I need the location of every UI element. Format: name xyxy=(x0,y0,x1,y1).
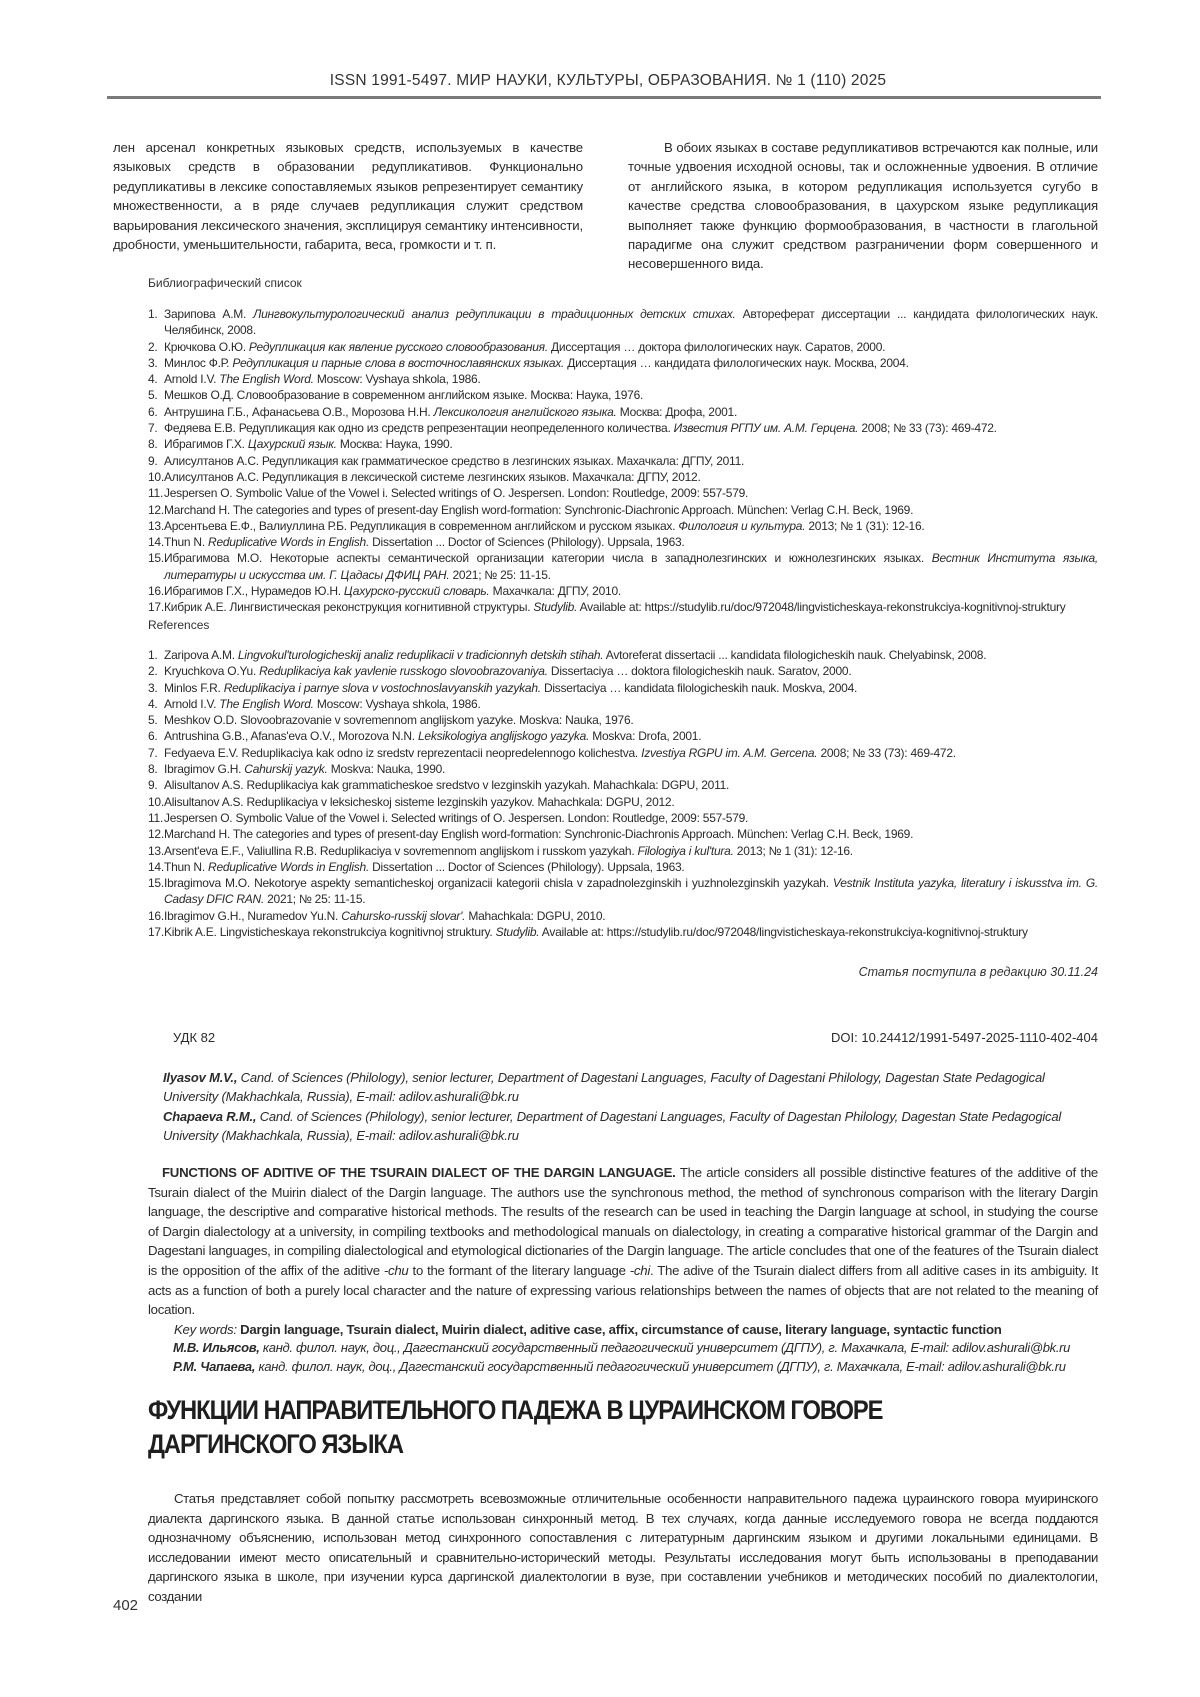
reference-item: 16.Ибрагимов Г.Х., Нурамедов Ю.Н. Цахурс… xyxy=(148,583,1098,599)
reference-item: 1.Зарипова А.М. Лингвокультурологический… xyxy=(148,306,1098,339)
reference-number: 9. xyxy=(148,777,158,793)
reference-item: 15.Ibragimova M.O. Nekotorye aspekty sem… xyxy=(148,875,1098,908)
reference-number: 13. xyxy=(148,843,164,859)
reference-item: 12.Marchand H. The categories and types … xyxy=(148,502,1098,518)
reference-number: 6. xyxy=(148,404,158,420)
reference-item: 9.Алисултанов А.С. Редупликация как грам… xyxy=(148,453,1098,469)
keywords-value: Dargin language, Tsurain dialect, Muirin… xyxy=(237,1322,1002,1337)
reference-number: 1. xyxy=(148,306,158,322)
reference-number: 11. xyxy=(148,810,163,826)
reference-number: 15. xyxy=(148,550,164,566)
reference-item: 8.Ибрагимов Г.Х. Цахурский язык. Москва:… xyxy=(148,436,1098,452)
reference-item: 17.Kibrik A.E. Lingvisticheskaya rekonst… xyxy=(148,924,1098,940)
reference-number: 9. xyxy=(148,453,158,469)
udc-code: УДК 82 xyxy=(173,1030,215,1045)
header-rule xyxy=(107,96,1101,99)
reference-item: 15.Ибрагимова М.О. Некоторые аспекты сем… xyxy=(148,550,1098,583)
reference-number: 6. xyxy=(148,728,158,744)
author-ru-entry: М.В. Ильясов, канд. филол. наук, доц., Д… xyxy=(173,1338,1098,1357)
reference-item: 13.Arsent'eva E.F., Valiullina R.B. Redu… xyxy=(148,843,1098,859)
reference-number: 14. xyxy=(148,859,164,875)
reference-item: 8.Ibragimov G.H. Cahurskij yazyk. Moskva… xyxy=(148,761,1098,777)
author-name: Р.М. Чапаева, xyxy=(173,1359,255,1374)
author-info: Cand. of Sciences (Philology), senior le… xyxy=(163,1070,1045,1104)
author-name: Ilyasov M.V., xyxy=(163,1070,237,1085)
reference-number: 13. xyxy=(148,518,164,534)
received-date: Статья поступила в редакцию 30.11.24 xyxy=(859,965,1098,979)
reference-item: 3.Минлос Ф.Р. Редупликация и парные слов… xyxy=(148,355,1098,371)
reference-item: 10.Alisultanov A.S. Reduplikaciya v leks… xyxy=(148,794,1098,810)
reference-number: 2. xyxy=(148,663,158,679)
reference-number: 10. xyxy=(148,794,164,810)
reference-number: 14. xyxy=(148,534,164,550)
references-heading: References xyxy=(148,618,209,632)
reference-number: 16. xyxy=(148,583,164,599)
author-info: канд. филол. наук, доц., Дагестанский го… xyxy=(260,1340,1071,1355)
reference-number: 3. xyxy=(148,355,158,371)
reference-item: 10.Алисултанов А.С. Редупликация в лекси… xyxy=(148,469,1098,485)
author-en-entry: Chapaeva R.M., Cand. of Sciences (Philol… xyxy=(163,1107,1098,1146)
reference-item: 7.Fedyaeva E.V. Reduplikaciya kak odno i… xyxy=(148,745,1098,761)
reference-item: 4.Arnold I.V. The English Word. Moscow: … xyxy=(148,371,1098,387)
left-column: лен арсенал конкретных языковых средств,… xyxy=(113,138,583,274)
abstract-en-text: FUNCTIONS OF ADITIVE OF THE TSURAIN DIAL… xyxy=(148,1163,1098,1320)
author-name: М.В. Ильясов, xyxy=(173,1340,260,1355)
reference-item: 13.Арсентьева Е.Ф., Валиуллина Р.Б. Реду… xyxy=(148,518,1098,534)
reference-number: 15. xyxy=(148,875,164,891)
author-name: Chapaeva R.M., xyxy=(163,1109,256,1124)
references-list: 1.Zaripova A.M. Lingvokul'turologicheski… xyxy=(148,647,1098,940)
reference-number: 8. xyxy=(148,436,158,452)
reference-item: 11.Jespersen O. Symbolic Value of the Vo… xyxy=(148,810,1098,826)
reference-item: 14.Thun N. Reduplicative Words in Englis… xyxy=(148,859,1098,875)
author-ru-entry: Р.М. Чапаева, канд. филол. наук, доц., Д… xyxy=(173,1357,1098,1376)
reference-item: 2.Kryuchkova O.Yu. Reduplikaciya kak yav… xyxy=(148,663,1098,679)
reference-number: 17. xyxy=(148,599,164,615)
abstract-en: FUNCTIONS OF ADITIVE OF THE TSURAIN DIAL… xyxy=(148,1163,1098,1339)
left-column-text: лен арсенал конкретных языковых средств,… xyxy=(113,138,583,254)
reference-item: 2.Крючкова О.Ю. Редупликация как явление… xyxy=(148,339,1098,355)
author-en-entry: Ilyasov M.V., Cand. of Sciences (Philolo… xyxy=(163,1068,1098,1107)
reference-item: 4.Arnold I.V. The English Word. Moscow: … xyxy=(148,696,1098,712)
authors-ru: М.В. Ильясов, канд. филол. наук, доц., Д… xyxy=(173,1338,1098,1376)
article-title: ФУНКЦИИ НАПРАВИТЕЛЬНОГО ПАДЕЖА В ЦУРАИНС… xyxy=(148,1393,940,1461)
reference-number: 12. xyxy=(148,502,164,518)
author-info: канд. филол. наук, доц., Дагестанский го… xyxy=(255,1359,1066,1374)
reference-number: 5. xyxy=(148,712,158,728)
reference-item: 7.Федяева Е.В. Редупликация как одно из … xyxy=(148,420,1098,436)
reference-item: 16.Ibragimov G.H., Nuramedov Yu.N. Cahur… xyxy=(148,908,1098,924)
abstract-ru-text: Статья представляет собой попытку рассмо… xyxy=(148,1489,1098,1607)
reference-item: 17.Кибрик А.Е. Лингвистическая реконстру… xyxy=(148,599,1098,615)
two-column-body: лен арсенал конкретных языковых средств,… xyxy=(113,138,1098,274)
reference-number: 12. xyxy=(148,826,164,842)
reference-item: 5.Мешков О.Д. Словообразование в совреме… xyxy=(148,387,1098,403)
reference-item: 5.Meshkov O.D. Slovoobrazovanie v sovrem… xyxy=(148,712,1098,728)
reference-number: 5. xyxy=(148,387,158,403)
keywords-label: Key words: xyxy=(174,1322,237,1337)
keywords-en: Key words: Dargin language, Tsurain dial… xyxy=(174,1320,1098,1340)
abstract-en-title: FUNCTIONS OF ADITIVE OF THE TSURAIN DIAL… xyxy=(162,1165,676,1180)
running-header: ISSN 1991-5497. МИР НАУКИ, КУЛЬТУРЫ, ОБР… xyxy=(113,72,1103,90)
reference-item: 12.Marchand H. The categories and types … xyxy=(148,826,1098,842)
bibliography-list: 1.Зарипова А.М. Лингвокультурологический… xyxy=(148,306,1098,616)
reference-item: 1.Zaripova A.M. Lingvokul'turologicheski… xyxy=(148,647,1098,663)
reference-item: 11.Jespersen O. Symbolic Value of the Vo… xyxy=(148,485,1098,501)
author-info: Cand. of Sciences (Philology), senior le… xyxy=(163,1109,1061,1143)
reference-item: 6.Антрушина Г.Б., Афанасьева О.В., Мороз… xyxy=(148,404,1098,420)
reference-number: 16. xyxy=(148,908,164,924)
reference-item: 6.Antrushina G.B., Afanas'eva O.V., Moro… xyxy=(148,728,1098,744)
reference-number: 10. xyxy=(148,469,164,485)
doi: DOI: 10.24412/1991-5497-2025-1110-402-40… xyxy=(831,1030,1098,1045)
reference-number: 1. xyxy=(148,647,158,663)
reference-number: 11. xyxy=(148,485,163,501)
reference-number: 4. xyxy=(148,696,158,712)
page-number: 402 xyxy=(113,1597,138,1614)
reference-number: 17. xyxy=(148,924,164,940)
right-column: В обоих языках в составе редупликативов … xyxy=(628,138,1098,274)
reference-number: 4. xyxy=(148,371,158,387)
abstract-ru: Статья представляет собой попытку рассмо… xyxy=(148,1489,1098,1607)
reference-number: 2. xyxy=(148,339,158,355)
reference-item: 9.Alisultanov A.S. Reduplikaciya kak gra… xyxy=(148,777,1098,793)
reference-item: 14.Thun N. Reduplicative Words in Englis… xyxy=(148,534,1098,550)
bibliography-heading: Библиографический список xyxy=(148,276,302,290)
reference-number: 7. xyxy=(148,420,158,436)
reference-item: 3.Minlos F.R. Reduplikaciya i parnye slo… xyxy=(148,680,1098,696)
right-column-text: В обоих языках в составе редупликативов … xyxy=(628,138,1098,274)
authors-en: Ilyasov M.V., Cand. of Sciences (Philolo… xyxy=(163,1068,1098,1145)
reference-number: 7. xyxy=(148,745,158,761)
reference-number: 8. xyxy=(148,761,158,777)
reference-number: 3. xyxy=(148,680,158,696)
